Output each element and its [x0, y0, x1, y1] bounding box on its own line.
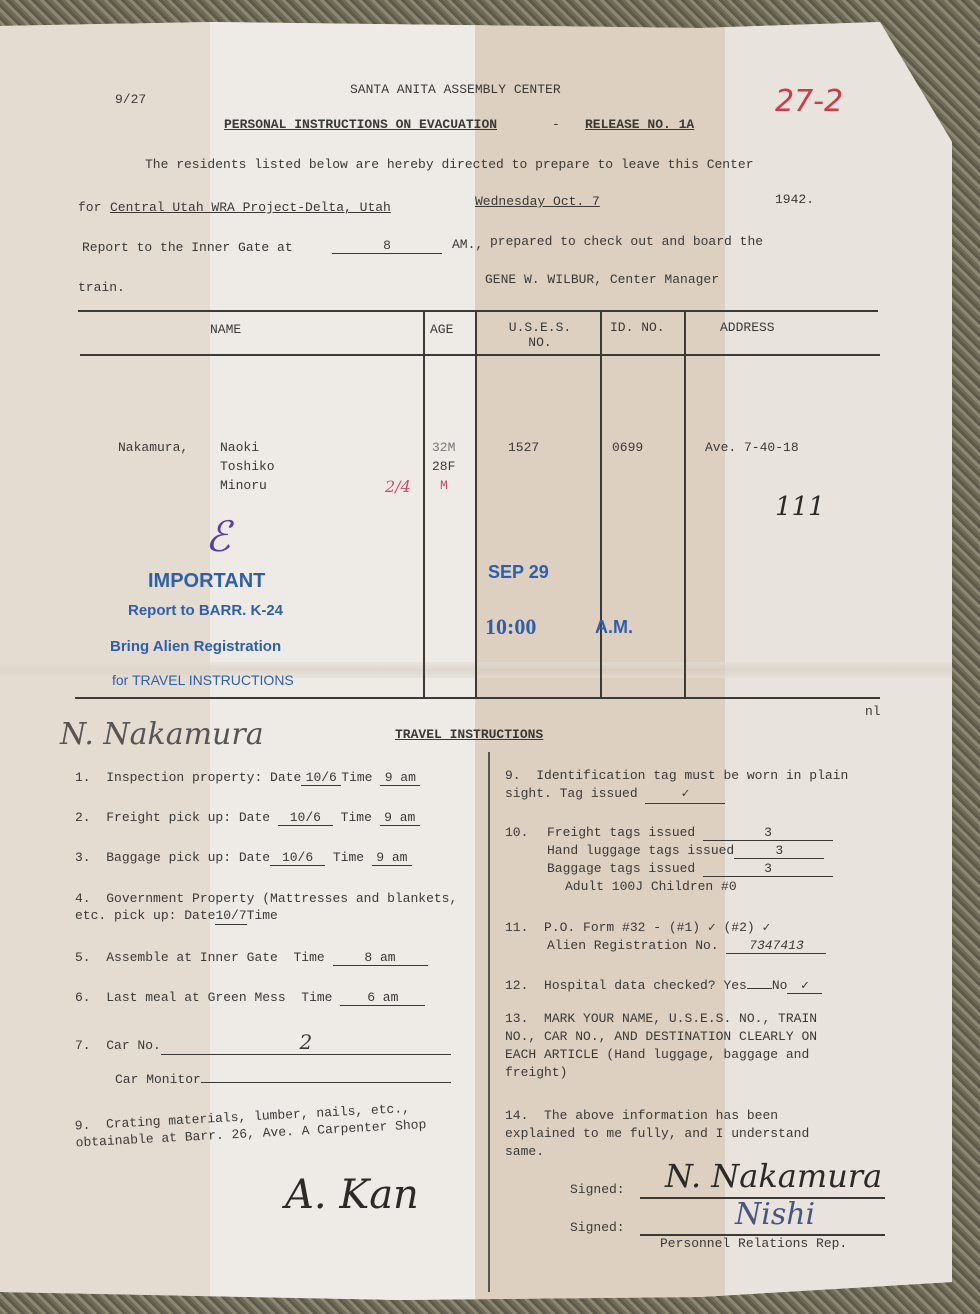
- date-mark: 9/27: [115, 92, 146, 107]
- stamp-line-3: for TRAVEL INSTRUCTIONS: [112, 672, 294, 688]
- item-r12: 12. Hospital data checked? YesNo✓: [505, 978, 822, 994]
- signed-label-1: Signed:: [570, 1182, 625, 1197]
- item-7: 7. Car No.2: [75, 1030, 451, 1055]
- personnel-relations-rep: Personnel Relations Rep.: [660, 1236, 847, 1251]
- for-label: for: [78, 200, 101, 215]
- report-text: Report to the Inner Gate at: [82, 240, 293, 255]
- surname: Nakamura,: [118, 440, 188, 455]
- age-2: 28F: [432, 459, 455, 474]
- handwritten-tally: 111: [775, 492, 825, 522]
- report-time: 8: [332, 238, 442, 254]
- item-r9: 9. Identification tag must be worn in pl…: [505, 767, 875, 804]
- destination: Central Utah WRA Project-Delta, Utah: [110, 200, 391, 215]
- address: Ave. 7-40-18: [705, 440, 799, 455]
- document-paper: 9/27 SANTA ANITA ASSEMBLY CENTER PERSONA…: [0, 22, 952, 1300]
- travel-instructions-title: TRAVEL INSTRUCTIONS: [395, 727, 543, 742]
- id-number: 0699: [612, 440, 643, 455]
- signature-1: N. Nakamura: [665, 1157, 882, 1195]
- col-header-name: NAME: [210, 322, 241, 337]
- column-divider: [488, 752, 490, 1292]
- item-5: 5. Assemble at Inner Gate Time 8 am: [75, 950, 428, 966]
- age-3: M: [440, 478, 448, 493]
- intro-text: The residents listed below are hereby di…: [145, 157, 754, 172]
- top-signature: N. Nakamura: [60, 717, 264, 752]
- item-3: 3. Baggage pick up: Date10/6 Time 9 am: [75, 850, 412, 866]
- red-annotation: 27-2: [775, 84, 843, 119]
- signature-2: Nishi: [735, 1197, 815, 1232]
- item-r11: 11. P.O. Form #32 - (#1) ✓ (#2) ✓: [505, 920, 770, 935]
- signed-label-2: Signed:: [570, 1220, 625, 1235]
- report-text-3: train.: [78, 280, 125, 295]
- name-2: Toshiko: [220, 459, 275, 474]
- stamp-ampm: A.M.: [595, 617, 633, 638]
- table-header-border: [80, 354, 880, 356]
- name-3: Minoru: [220, 478, 267, 493]
- departure-day: Wednesday Oct. 7: [475, 194, 600, 209]
- age-1: 32M: [432, 440, 455, 455]
- table-bottom-border: [75, 697, 880, 699]
- stamp-line-2: Bring Alien Registration: [110, 638, 281, 655]
- car-monitor: Car Monitor: [115, 1072, 451, 1087]
- stamp-date: SEP 29: [488, 562, 549, 583]
- document-title: PERSONAL INSTRUCTIONS ON EVACUATION: [224, 117, 497, 132]
- stamp-time: 10:00: [485, 614, 536, 640]
- item-2: 2. Freight pick up: Date 10/6 Time 9 am: [75, 810, 420, 826]
- item-r13: 13. MARK YOUR NAME, U.S.E.S. NO., TRAIN …: [505, 1010, 845, 1082]
- item-6: 6. Last meal at Green Mess Time 6 am: [75, 990, 425, 1006]
- item-4: 4. Government Property (Mattresses and b…: [75, 890, 475, 925]
- bottom-left-signature: A. Kan: [285, 1172, 419, 1218]
- report-ampm: AM.,: [452, 237, 483, 252]
- col-header-uses: U.S.E.S. NO.: [500, 320, 580, 350]
- col-header-address: ADDRESS: [720, 320, 775, 335]
- item-r14: 14. The above information has been expla…: [505, 1107, 835, 1161]
- center-name: SANTA ANITA ASSEMBLY CENTER: [350, 82, 561, 97]
- stamp-line-1: Report to BARR. K-24: [128, 602, 283, 619]
- corner-mark: nl: [865, 704, 881, 719]
- center-manager: GENE W. WILBUR, Center Manager: [485, 272, 719, 287]
- uses-number: 1527: [508, 440, 539, 455]
- purple-scribble: ℰ: [205, 512, 230, 561]
- name-1: Naoki: [220, 440, 259, 455]
- col-header-age: AGE: [430, 322, 453, 337]
- stamp-important: IMPORTANT: [148, 570, 265, 593]
- table-top-border: [78, 310, 878, 312]
- release-number: RELEASE NO. 1A: [585, 117, 694, 132]
- item-1: 1. Inspection property: Date10/6Time 9 a…: [75, 770, 420, 786]
- year: 1942.: [775, 192, 814, 207]
- report-text-2: prepared to check out and board the: [490, 234, 763, 249]
- item-r10: 10.: [505, 825, 528, 840]
- col-header-id: ID. NO.: [610, 320, 665, 335]
- handwritten-red-fraction: 2/4: [385, 477, 411, 496]
